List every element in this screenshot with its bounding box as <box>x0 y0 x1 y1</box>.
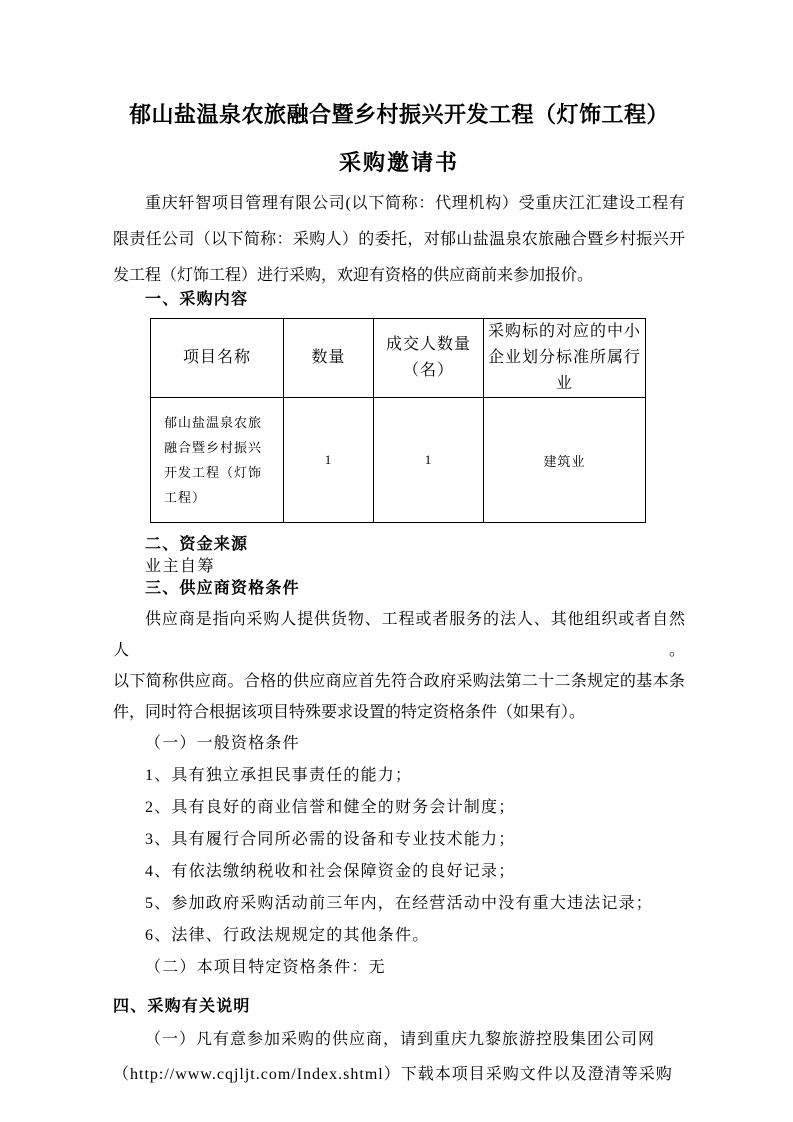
qualification-line-1: 供应商是指向采购人提供货物、工程或者服务的法人、其他组织或者自然人。 <box>113 604 685 666</box>
qualification-item: 6、法律、行政法规规定的其他条件。 <box>113 920 685 952</box>
table-row: 郁山盐温泉农旅融合暨乡村振兴开发工程（灯饰工程） 1 1 建筑业 <box>151 398 646 523</box>
table-header-winner-count: 成交人数量（名） <box>374 319 484 398</box>
general-qualification-list: 1、具有独立承担民事责任的能力； 2、具有良好的商业信誉和健全的财务会计制度； … <box>113 760 685 952</box>
section-heading-qualification: 三、供应商资格条件 <box>113 578 685 600</box>
qualification-item: 4、有依法缴纳税收和社会保障资金的良好记录； <box>113 856 685 888</box>
table-cell-winner-count: 1 <box>374 398 484 523</box>
doc-title: 郁山盐温泉农旅融合暨乡村振兴开发工程（灯饰工程） <box>113 100 685 130</box>
table-header-row: 项目名称 数量 成交人数量（名） 采购标的对应的中小企业划分标准所属行业 <box>151 319 646 398</box>
qualification-item: 2、具有良好的商业信誉和健全的财务会计制度； <box>113 792 685 824</box>
qualification-paragraph: 供应商是指向采购人提供货物、工程或者服务的法人、其他组织或者自然人。 以下简称供… <box>113 604 685 728</box>
specific-qualification-heading: （二）本项目特定资格条件：无 <box>113 952 685 984</box>
notes-line-1: （一）凡有意参加采购的供应商，请到重庆九黎旅游控股集团公司网 <box>113 1022 685 1057</box>
notes-line-2: （http://www.cqjljt.com/Index.shtml）下载本项目… <box>113 1057 685 1092</box>
notes-paragraph: （一）凡有意参加采购的供应商，请到重庆九黎旅游控股集团公司网 （http://w… <box>113 1022 685 1092</box>
document-content: 郁山盐温泉农旅融合暨乡村振兴开发工程（灯饰工程） 采购邀请书 重庆轩智项目管理有… <box>113 0 685 1092</box>
doc-subtitle: 采购邀请书 <box>113 148 685 178</box>
table-header-industry: 采购标的对应的中小企业划分标准所属行业 <box>484 319 646 398</box>
table-cell-quantity: 1 <box>284 398 374 523</box>
qualification-item: 5、参加政府采购活动前三年内，在经营活动中没有重大违法记录； <box>113 888 685 920</box>
table-header-project-name: 项目名称 <box>151 319 284 398</box>
qualification-line-3: 件，同时符合根据该项目特殊要求设置的特定资格条件（如果有）。 <box>113 697 685 728</box>
procurement-table: 项目名称 数量 成交人数量（名） 采购标的对应的中小企业划分标准所属行业 郁山盐… <box>150 318 646 523</box>
intro-line-3: 发工程（灯饰工程）进行采购，欢迎有资格的供应商前来参加报价。 <box>113 258 685 294</box>
qualification-line-2: 以下简称供应商。合格的供应商应首先符合政府采购法第二十二条规定的基本条 <box>113 666 685 697</box>
section-heading-notes: 四、采购有关说明 <box>113 992 685 1022</box>
section-heading-funding: 二、资金来源 <box>113 534 685 556</box>
table-cell-industry: 建筑业 <box>484 398 646 523</box>
table-header-quantity: 数量 <box>284 319 374 398</box>
intro-line-2: 限责任公司（以下简称：采购人）的委托，对郁山盐温泉农旅融合暨乡村振兴开 <box>113 222 685 258</box>
document-page: 郁山盐温泉农旅融合暨乡村振兴开发工程（灯饰工程） 采购邀请书 重庆轩智项目管理有… <box>0 0 793 1122</box>
qualification-item: 3、具有履行合同所必需的设备和专业技术能力； <box>113 824 685 856</box>
intro-line-1: 重庆轩智项目管理有限公司(以下简称：代理机构）受重庆江汇建设工程有 <box>113 186 685 222</box>
intro-paragraph: 重庆轩智项目管理有限公司(以下简称：代理机构）受重庆江汇建设工程有 限责任公司（… <box>113 186 685 294</box>
qualification-item: 1、具有独立承担民事责任的能力； <box>113 760 685 792</box>
table-cell-project-name: 郁山盐温泉农旅融合暨乡村振兴开发工程（灯饰工程） <box>151 398 284 523</box>
funding-source: 业主自筹 <box>113 556 685 578</box>
general-qualification-heading: （一）一般资格条件 <box>113 728 685 760</box>
